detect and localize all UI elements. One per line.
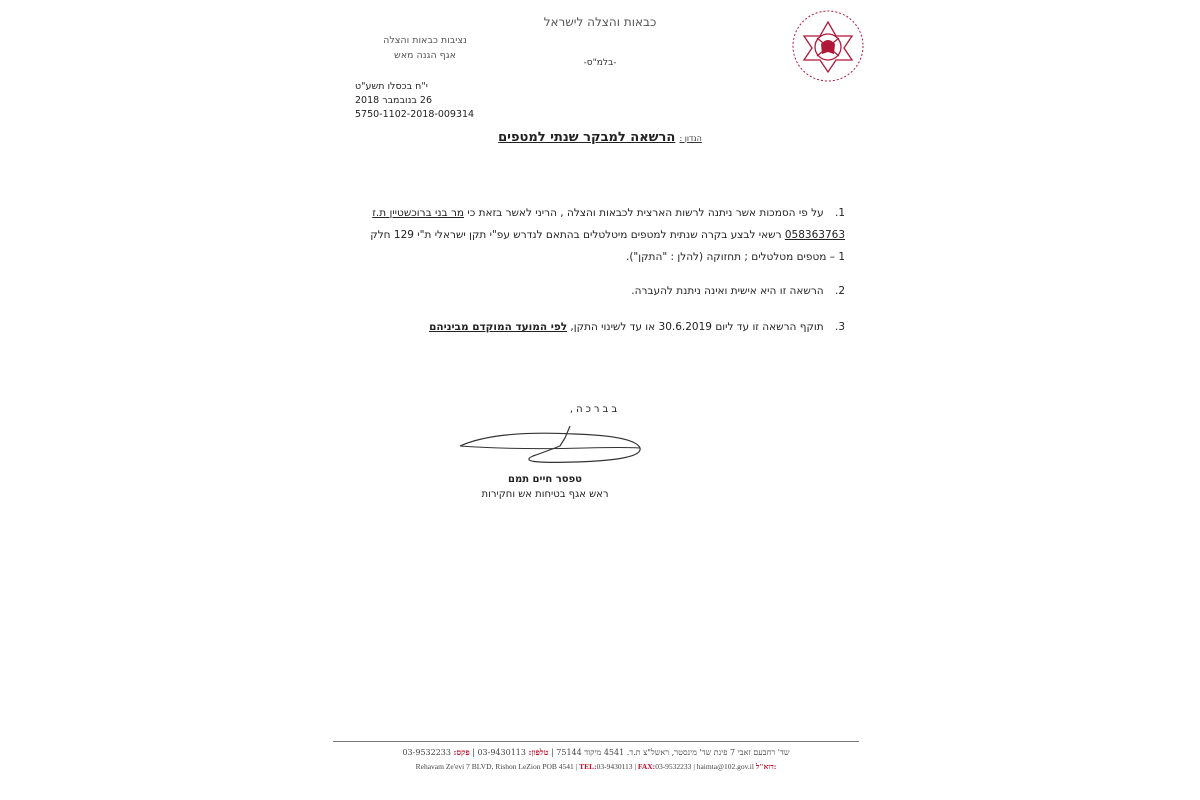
subject-text: הרשאה למבקר שנתי למטפים (498, 130, 675, 145)
paragraph-3: 3. תוקף הרשאה זו עד ליום 30.6.2019 או עד… (365, 316, 845, 338)
signer-title: ראש אגף בטיחות אש וחקירות (460, 489, 630, 500)
fax-label-en: FAX: (638, 762, 655, 771)
footer-hebrew: שד' רחבעם זאבי 7 פינת שד' מינסטר, ראשל"צ… (333, 747, 859, 757)
fax-number: 03-9532233 (402, 748, 451, 757)
classification-label: -בלמ"ס- (560, 58, 640, 68)
paragraph-number: 2. (827, 280, 845, 302)
gregorian-date: 26 בנובמבר 2018 (355, 94, 515, 108)
paragraph-2: 2. הרשאה זו היא אישית ואינה ניתנת להעברה… (365, 280, 845, 302)
hebrew-date: י"ח בכסלו תשע"ט (355, 80, 515, 94)
department-line-2: אגף הגנה מאש (350, 48, 500, 63)
paragraph-text: על פי הסמכות אשר ניתנה לרשות הארצית לכבא… (464, 207, 824, 219)
date-block: י"ח בכסלו תשע"ט 26 בנובמבר 2018 5750-110… (355, 80, 515, 122)
id-label: ת.ז (372, 207, 389, 219)
email-address[interactable]: haimta@102.gov.il (697, 762, 754, 771)
paragraph-text: הרשאה זו היא אישית ואינה ניתנת להעברה. (631, 285, 823, 297)
footer-address: שד' רחבעם זאבי 7 פינת שד' מינסטר, ראשל"צ… (556, 748, 789, 757)
subject-label: הנדון : (679, 134, 701, 143)
organization-title: כבאות והצלה לישראל (520, 15, 680, 29)
subject-line: הנדון : הרשאה למבקר שנתי למטפים (480, 130, 720, 145)
phone-number: 03-9430113 (477, 748, 526, 757)
licensee-name: מר בני ברוכשטיין (389, 207, 464, 219)
department-line-1: נציבות כבאות והצלה (350, 33, 500, 48)
footer-english: Rehavam Ze'evi 7 BLVD, Rishon LeZion POB… (333, 762, 859, 771)
paragraph-number: 3. (827, 316, 845, 338)
footer-address-en: Rehavam Ze'evi 7 BLVD, Rishon LeZion POB… (416, 762, 574, 771)
validity-clause: לפי המועד המוקדם מביניהם (429, 321, 567, 333)
paragraph-number: 1. (827, 202, 845, 224)
id-number: 058363763 (785, 229, 845, 241)
paragraph-1: 1. על פי הסמכות אשר ניתנה לרשות הארצית ל… (365, 202, 845, 268)
department-block: נציבות כבאות והצלה אגף הגנה מאש (350, 33, 500, 63)
signer-name: טפסר חיים תמם (470, 474, 620, 485)
paragraph-text: רשאי לבצע בקרה שנתית למטפים מיטלטלים בהת… (370, 229, 845, 263)
fax-number-en: 03-9532233 (655, 762, 691, 771)
email-label: דוא"ל: (756, 762, 777, 771)
closing-greeting: בברכה, (560, 404, 630, 415)
reference-number: 5750-1102-2018-009314 (355, 108, 515, 122)
tel-number: 03-9430113 (597, 762, 633, 771)
fax-label: פקס: (454, 747, 470, 757)
paragraph-text: תוקף הרשאה זו עד ליום 30.6.2019 או עד לש… (567, 321, 824, 333)
tel-label: TEL: (579, 762, 597, 771)
fire-rescue-emblem-icon (790, 8, 866, 84)
footer-divider (333, 741, 859, 742)
phone-label: טלפון: (529, 747, 549, 757)
handwritten-signature-icon (455, 420, 645, 470)
